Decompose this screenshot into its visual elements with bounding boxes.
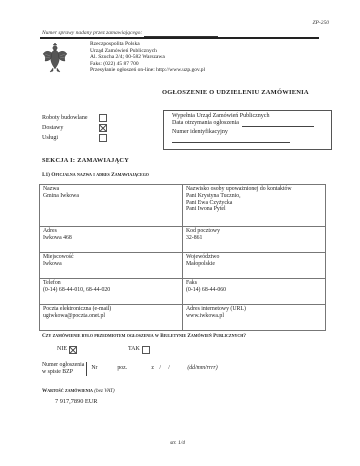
bzp-label-line: w spisie BZP — [42, 369, 84, 376]
office-line: Przesyłanie ogłoszeń on-line: http://www… — [90, 67, 205, 74]
order-type-works-checkbox[interactable] — [99, 114, 107, 122]
table-row: Poczta elektroniczna (e-mail) ugiwkowa@p… — [40, 305, 326, 331]
table-row: Telefon (0-14) 68-44-010, 68-44-020 Faks… — [40, 279, 326, 305]
case-number-label: Numer sprawy nadany przez zamawiającego: — [42, 30, 142, 36]
address-cell: Adres Iwkowa 468 — [40, 227, 183, 253]
polish-eagle-emblem-icon — [42, 42, 68, 74]
postal-code-label: Kod pocztowy — [186, 228, 322, 235]
contact-person: Pani Krystyna Tucznio, — [186, 193, 322, 200]
voivodeship-value: Małopolskie — [186, 261, 322, 268]
order-type-works: Roboty budowlane — [42, 113, 107, 123]
email-label: Poczta elektroniczna (e-mail) — [43, 306, 179, 313]
z-label: z — [151, 365, 159, 372]
voivodeship-label: Województwo — [186, 254, 322, 261]
table-row: Adres Iwkowa 468 Kod pocztowy 32-861 — [40, 227, 326, 253]
page-number: str. 1/4 — [170, 440, 185, 447]
date-separators: / / — [159, 365, 187, 372]
id-number-row — [172, 136, 323, 143]
contracting-authority-table: Nazwa Gmina Iwkowa Nazwisko osoby upoważ… — [39, 184, 326, 331]
nr-label: Nr — [91, 365, 117, 372]
phone-label: Telefon — [43, 280, 179, 287]
contact-person: Pani Iwona Pytel — [186, 206, 322, 213]
table-row: Nazwa Gmina Iwkowa Nazwisko osoby upoważ… — [40, 185, 326, 227]
contact-label: Nazwisko osoby upoważnionej do kontaktów — [186, 186, 322, 193]
postal-code-value: 32-861 — [186, 235, 322, 242]
poz-label: poz. — [117, 365, 151, 372]
order-type-label: Usługi — [42, 133, 99, 143]
yes-label: TAK — [128, 346, 140, 353]
postal-code-cell: Kod pocztowy 32-861 — [183, 227, 326, 253]
voivodeship-cell: Województwo Małopolskie — [183, 253, 326, 279]
url-cell: Adres internetowy (URL) www.iwkowa.pl — [183, 305, 326, 331]
fax-label: Faks — [186, 280, 322, 287]
document-title: OGŁOSZENIE O UDZIELENIU ZAMÓWIENIA — [162, 89, 309, 97]
order-value-label: Wartość zamówienia — [42, 388, 93, 394]
bulletin-yes-option: TAK — [128, 346, 150, 354]
order-value: 7 917,7890 EUR — [55, 398, 98, 406]
header-rule — [40, 37, 319, 39]
received-date-row: Data otrzymania ogłoszenia — [172, 120, 323, 127]
city-label: Miejscowość — [43, 254, 179, 261]
city-value: Iwkowa — [43, 261, 179, 268]
office-line: Urząd Zamówień Publicznych — [90, 48, 205, 55]
order-value-heading: Wartość zamówienia (bez VAT) — [42, 388, 115, 394]
order-type-supplies-checkbox[interactable] — [99, 124, 107, 132]
table-row: Miejscowość Iwkowa Województwo Małopolsk… — [40, 253, 326, 279]
received-date-field[interactable] — [242, 121, 314, 127]
address-label: Adres — [43, 228, 179, 235]
section-1-title: SEKCJA I: ZAMAWIAJĄCY — [42, 157, 129, 165]
contact-cell: Nazwisko osoby upoważnionej do kontaktów… — [183, 185, 326, 227]
uzp-box-heading: Wypełnia Urząd Zamówień Publicznych — [172, 113, 323, 120]
office-address-block: Rzeczpospolita Polska Urząd Zamówień Pub… — [90, 41, 205, 74]
email-cell: Poczta elektroniczna (e-mail) ugiwkowa@p… — [40, 305, 183, 331]
order-type-list: Roboty budowlane Dostawy Usługi — [42, 113, 107, 143]
name-value: Gmina Iwkowa — [43, 193, 179, 200]
address-value: Iwkowa 468 — [43, 235, 179, 242]
id-number-label: Numer identyfikacyjny — [172, 129, 323, 136]
name-label: Nazwa — [43, 186, 179, 193]
office-line: Faks: (022) 45 87 700 — [90, 61, 205, 68]
order-value-note: (bez VAT) — [94, 388, 114, 394]
phone-cell: Telefon (0-14) 68-44-010, 68-44-020 — [40, 279, 183, 305]
order-type-label: Dostawy — [42, 123, 99, 133]
email-value: ugiwkowa@poczta.onet.pl — [43, 313, 179, 320]
form-code: ZP-250 — [313, 20, 330, 27]
uzp-office-use-box: Wypełnia Urząd Zamówień Publicznych Data… — [163, 110, 332, 150]
contact-person: Pani Ewa Czyżycka — [186, 200, 322, 207]
date-format-hint: (dd/mm/rrrr) — [187, 365, 217, 372]
id-number-field[interactable] — [172, 137, 290, 143]
name-cell: Nazwa Gmina Iwkowa — [40, 185, 183, 227]
bulletin-yes-checkbox[interactable] — [142, 346, 150, 354]
bzp-fields: Nr poz. z / / (dd/mm/rrrr) — [87, 362, 217, 376]
case-number-blank — [144, 32, 218, 37]
order-type-supplies: Dostawy — [42, 123, 107, 133]
bulletin-no-checkbox[interactable] — [69, 346, 77, 354]
url-label: Adres internetowy (URL) — [186, 306, 322, 313]
no-label: NIE — [57, 346, 67, 353]
phone-value: (0-14) 68-44-010, 68-44-020 — [43, 287, 179, 294]
office-line: Rzeczpospolita Polska — [90, 41, 205, 48]
office-line: Al. Szucha 2/4; 00-582 Warszawa — [90, 54, 205, 61]
bulletin-no-option: NIE — [57, 346, 77, 354]
order-type-services: Usługi — [42, 133, 107, 143]
city-cell: Miejscowość Iwkowa — [40, 253, 183, 279]
bulletin-question: Czy zamówienie było przedmiotem ogłoszen… — [42, 333, 246, 339]
fax-cell: Faks (0-14) 68-44-060 — [183, 279, 326, 305]
order-type-label: Roboty budowlane — [42, 113, 99, 123]
section-1-1-subtitle: I.1) Oficjalna nazwa i adres Zamawiające… — [42, 172, 149, 178]
bzp-number-row: Numer ogłoszenia w spisie BZP Nr poz. z … — [42, 362, 218, 376]
received-date-label: Data otrzymania ogłoszenia — [172, 120, 239, 126]
case-number-field: Numer sprawy nadany przez zamawiającego: — [42, 30, 218, 37]
fax-value: (0-14) 68-44-060 — [186, 287, 322, 294]
bzp-label: Numer ogłoszenia w spisie BZP — [42, 362, 87, 376]
url-value: www.iwkowa.pl — [186, 313, 322, 320]
bzp-label-line: Numer ogłoszenia — [42, 362, 84, 369]
order-type-services-checkbox[interactable] — [99, 134, 107, 142]
